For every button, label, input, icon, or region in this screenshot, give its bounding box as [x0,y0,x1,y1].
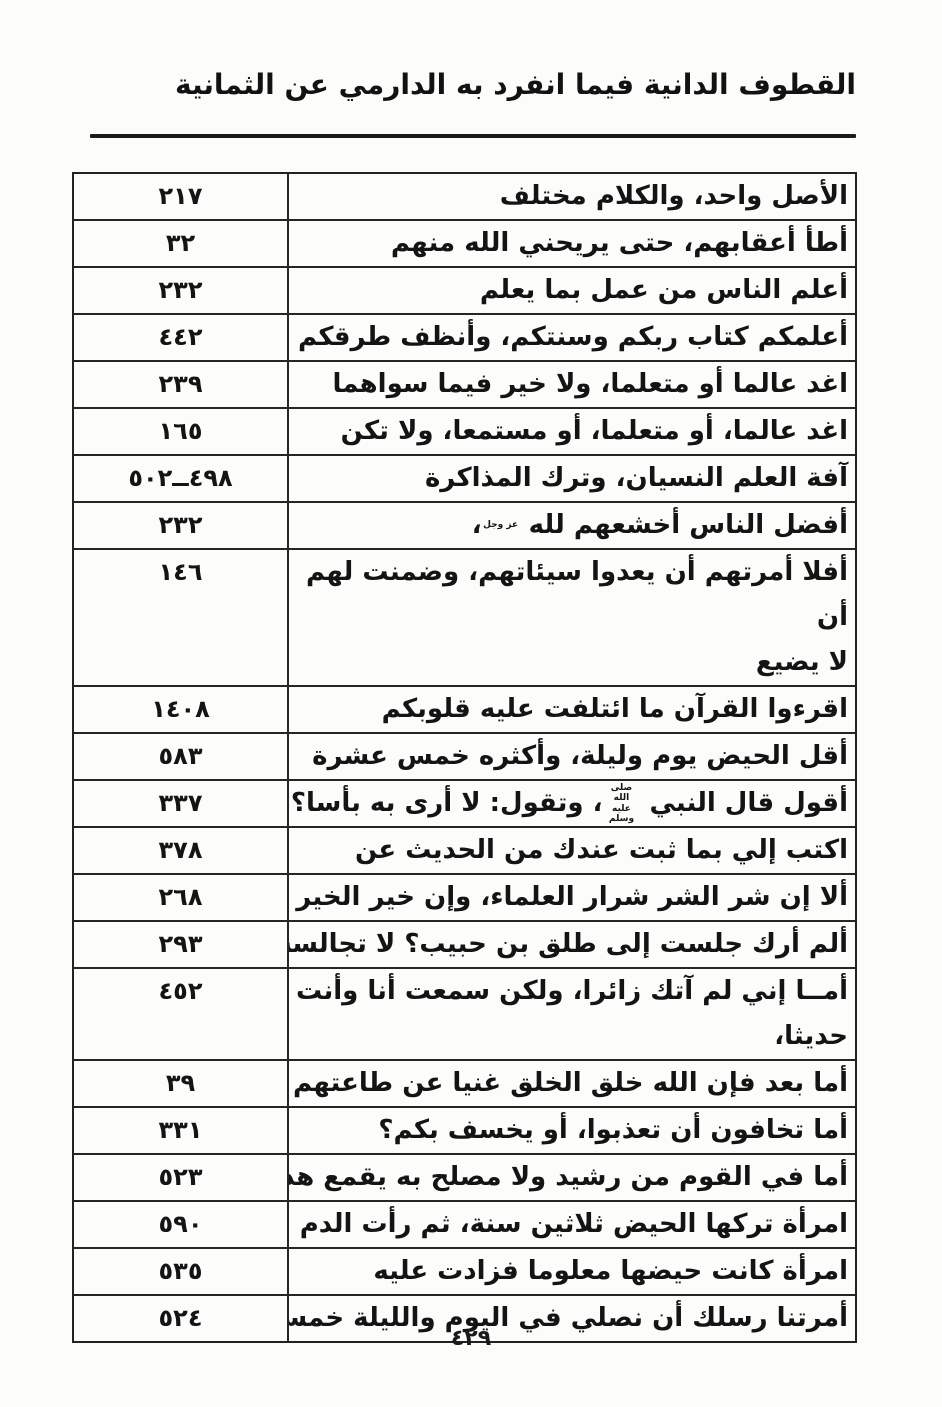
table-row: ألا إن شر الشر شرار العلماء، وإن خير الخ… [74,873,855,920]
entry-text: اغد عالما أو متعلما، ولا خير فيما سواهما [287,362,855,407]
index-table: الأصل واحد، والكلام مختلف ٢١٧ أطأ أعقابه… [72,172,857,1343]
table-row: اغد عالما، أو متعلما، أو مستمعا، ولا تكن… [74,407,855,454]
entry-page-number: ٣٩ [74,1061,287,1106]
entry-page-number: ٤٤٢ [74,315,287,360]
table-row: اقرءوا القرآن ما ائتلفت عليه قلوبكم ١٤٠٨ [74,685,855,732]
entry-page-number: ٥٣٥ [74,1249,287,1294]
entry-page-number: ٣٢ [74,221,287,266]
table-row: أقول قال النبي صلى الله عليه وسلم، وتقول… [74,779,855,826]
entry-page-number: ٢١٧ [74,174,287,219]
table-row: أقل الحيض يوم وليلة، وأكثره خمس عشرة ٥٨٣ [74,732,855,779]
entry-text: امرأة كانت حيضها معلوما فزادت عليه [287,1249,855,1294]
entry-page-number: ٣٣١ [74,1108,287,1153]
entry-text: أما تخافون أن تعذبوا، أو يخسف بكم؟ [287,1108,855,1153]
entry-page-number: ٣٧٨ [74,828,287,873]
table-row: اغد عالما أو متعلما، ولا خير فيما سواهما… [74,360,855,407]
entry-page-number: ٢٦٨ [74,875,287,920]
entry-text: أما في القوم من رشيد ولا مصلح به يقمع هذ… [287,1155,855,1200]
entry-text: اغد عالما، أو متعلما، أو مستمعا، ولا تكن [287,409,855,454]
entry-text: أعلم الناس من عمل بما يعلم [287,268,855,313]
entry-text: أما بعد فإن الله خلق الخلق غنيا عن طاعته… [287,1061,855,1106]
entry-text: آفة العلم النسيان، وترك المذاكرة [287,456,855,501]
table-row: اكتب إلي بما ثبت عندك من الحديث عن ٣٧٨ [74,826,855,873]
table-row: أعلم الناس من عمل بما يعلم ٢٣٢ [74,266,855,313]
entry-page-number: ٤٩٨ــ٥٠٢ [74,456,287,501]
entry-text: اقرءوا القرآن ما ائتلفت عليه قلوبكم [287,687,855,732]
entry-text: ألا إن شر الشر شرار العلماء، وإن خير الخ… [287,875,855,920]
entry-text: أعلمكم كتاب ربكم وسنتكم، وأنظف طرقكم [287,315,855,360]
entry-page-number: ٥٢٣ [74,1155,287,1200]
entry-page-number: ٢٣٢ [74,503,287,548]
entry-text: اكتب إلي بما ثبت عندك من الحديث عن [287,828,855,873]
entry-text: أفضل الناس أخشعهم لله عز وجل، [287,503,855,548]
table-row: أما في القوم من رشيد ولا مصلح به يقمع هذ… [74,1153,855,1200]
table-row: آفة العلم النسيان، وترك المذاكرة ٤٩٨ــ٥٠… [74,454,855,501]
table-row: أعلمكم كتاب ربكم وسنتكم، وأنظف طرقكم ٤٤٢ [74,313,855,360]
table-row: امرأة تركها الحيض ثلاثين سنة، ثم رأت الد… [74,1200,855,1247]
table-row: أفضل الناس أخشعهم لله عز وجل، ٢٣٢ [74,501,855,548]
scanned-book-page: { "colors": { "paper": "#fcfcfa", "ink":… [0,0,942,1407]
entry-page-number: ٥٨٣ [74,734,287,779]
table-row: أمــا إني لم آتك زائرا، ولكن سمعت أنا وأ… [74,967,855,1059]
entry-page-number: ٣٣٧ [74,781,287,826]
entry-page-number: ٥٩٠ [74,1202,287,1247]
entry-page-number: ٢٣٢ [74,268,287,313]
entry-text: امرأة تركها الحيض ثلاثين سنة، ثم رأت الد… [287,1202,855,1247]
entry-text: أفلا أمرتهم أن يعدوا سيئاتهم، وضمنت لهم … [287,550,855,685]
entry-text: أمــا إني لم آتك زائرا، ولكن سمعت أنا وأ… [287,969,855,1059]
entry-page-number: ١٤٦ [74,550,287,685]
table-row: أطأ أعقابهم، حتى يريحني الله منهم ٣٢ [74,219,855,266]
entry-text: الأصل واحد، والكلام مختلف [287,174,855,219]
entry-text: أطأ أعقابهم، حتى يريحني الله منهم [287,221,855,266]
table-row: أفلا أمرتهم أن يعدوا سيئاتهم، وضمنت لهم … [74,548,855,685]
page-number-footer: ٤٢٩ [0,1326,942,1351]
entry-text: أقول قال النبي صلى الله عليه وسلم، وتقول… [287,781,855,826]
page-title: القطوف الدانية فيما انفرد به الدارمي عن … [72,68,856,101]
honorific-mark: عز وجل [483,520,519,530]
entry-page-number: ١٤٠٨ [74,687,287,732]
table-row: امرأة كانت حيضها معلوما فزادت عليه ٥٣٥ [74,1247,855,1294]
table-row: أما تخافون أن تعذبوا، أو يخسف بكم؟ ٣٣١ [74,1106,855,1153]
entry-page-number: ١٦٥ [74,409,287,454]
entry-page-number: ٤٥٢ [74,969,287,1059]
table-row: ألم أرك جلست إلى طلق بن حبيب؟ لا تجالسه … [74,920,855,967]
entry-page-number: ٢٣٩ [74,362,287,407]
entry-page-number: ٢٩٣ [74,922,287,967]
table-row: الأصل واحد، والكلام مختلف ٢١٧ [74,174,855,219]
entry-text: أقل الحيض يوم وليلة، وأكثره خمس عشرة [287,734,855,779]
header-rule-divider [90,134,856,138]
entry-text: ألم أرك جلست إلى طلق بن حبيب؟ لا تجالسه [287,922,855,967]
table-row: أما بعد فإن الله خلق الخلق غنيا عن طاعته… [74,1059,855,1106]
honorific-mark: صلى الله عليه وسلم [603,783,639,823]
